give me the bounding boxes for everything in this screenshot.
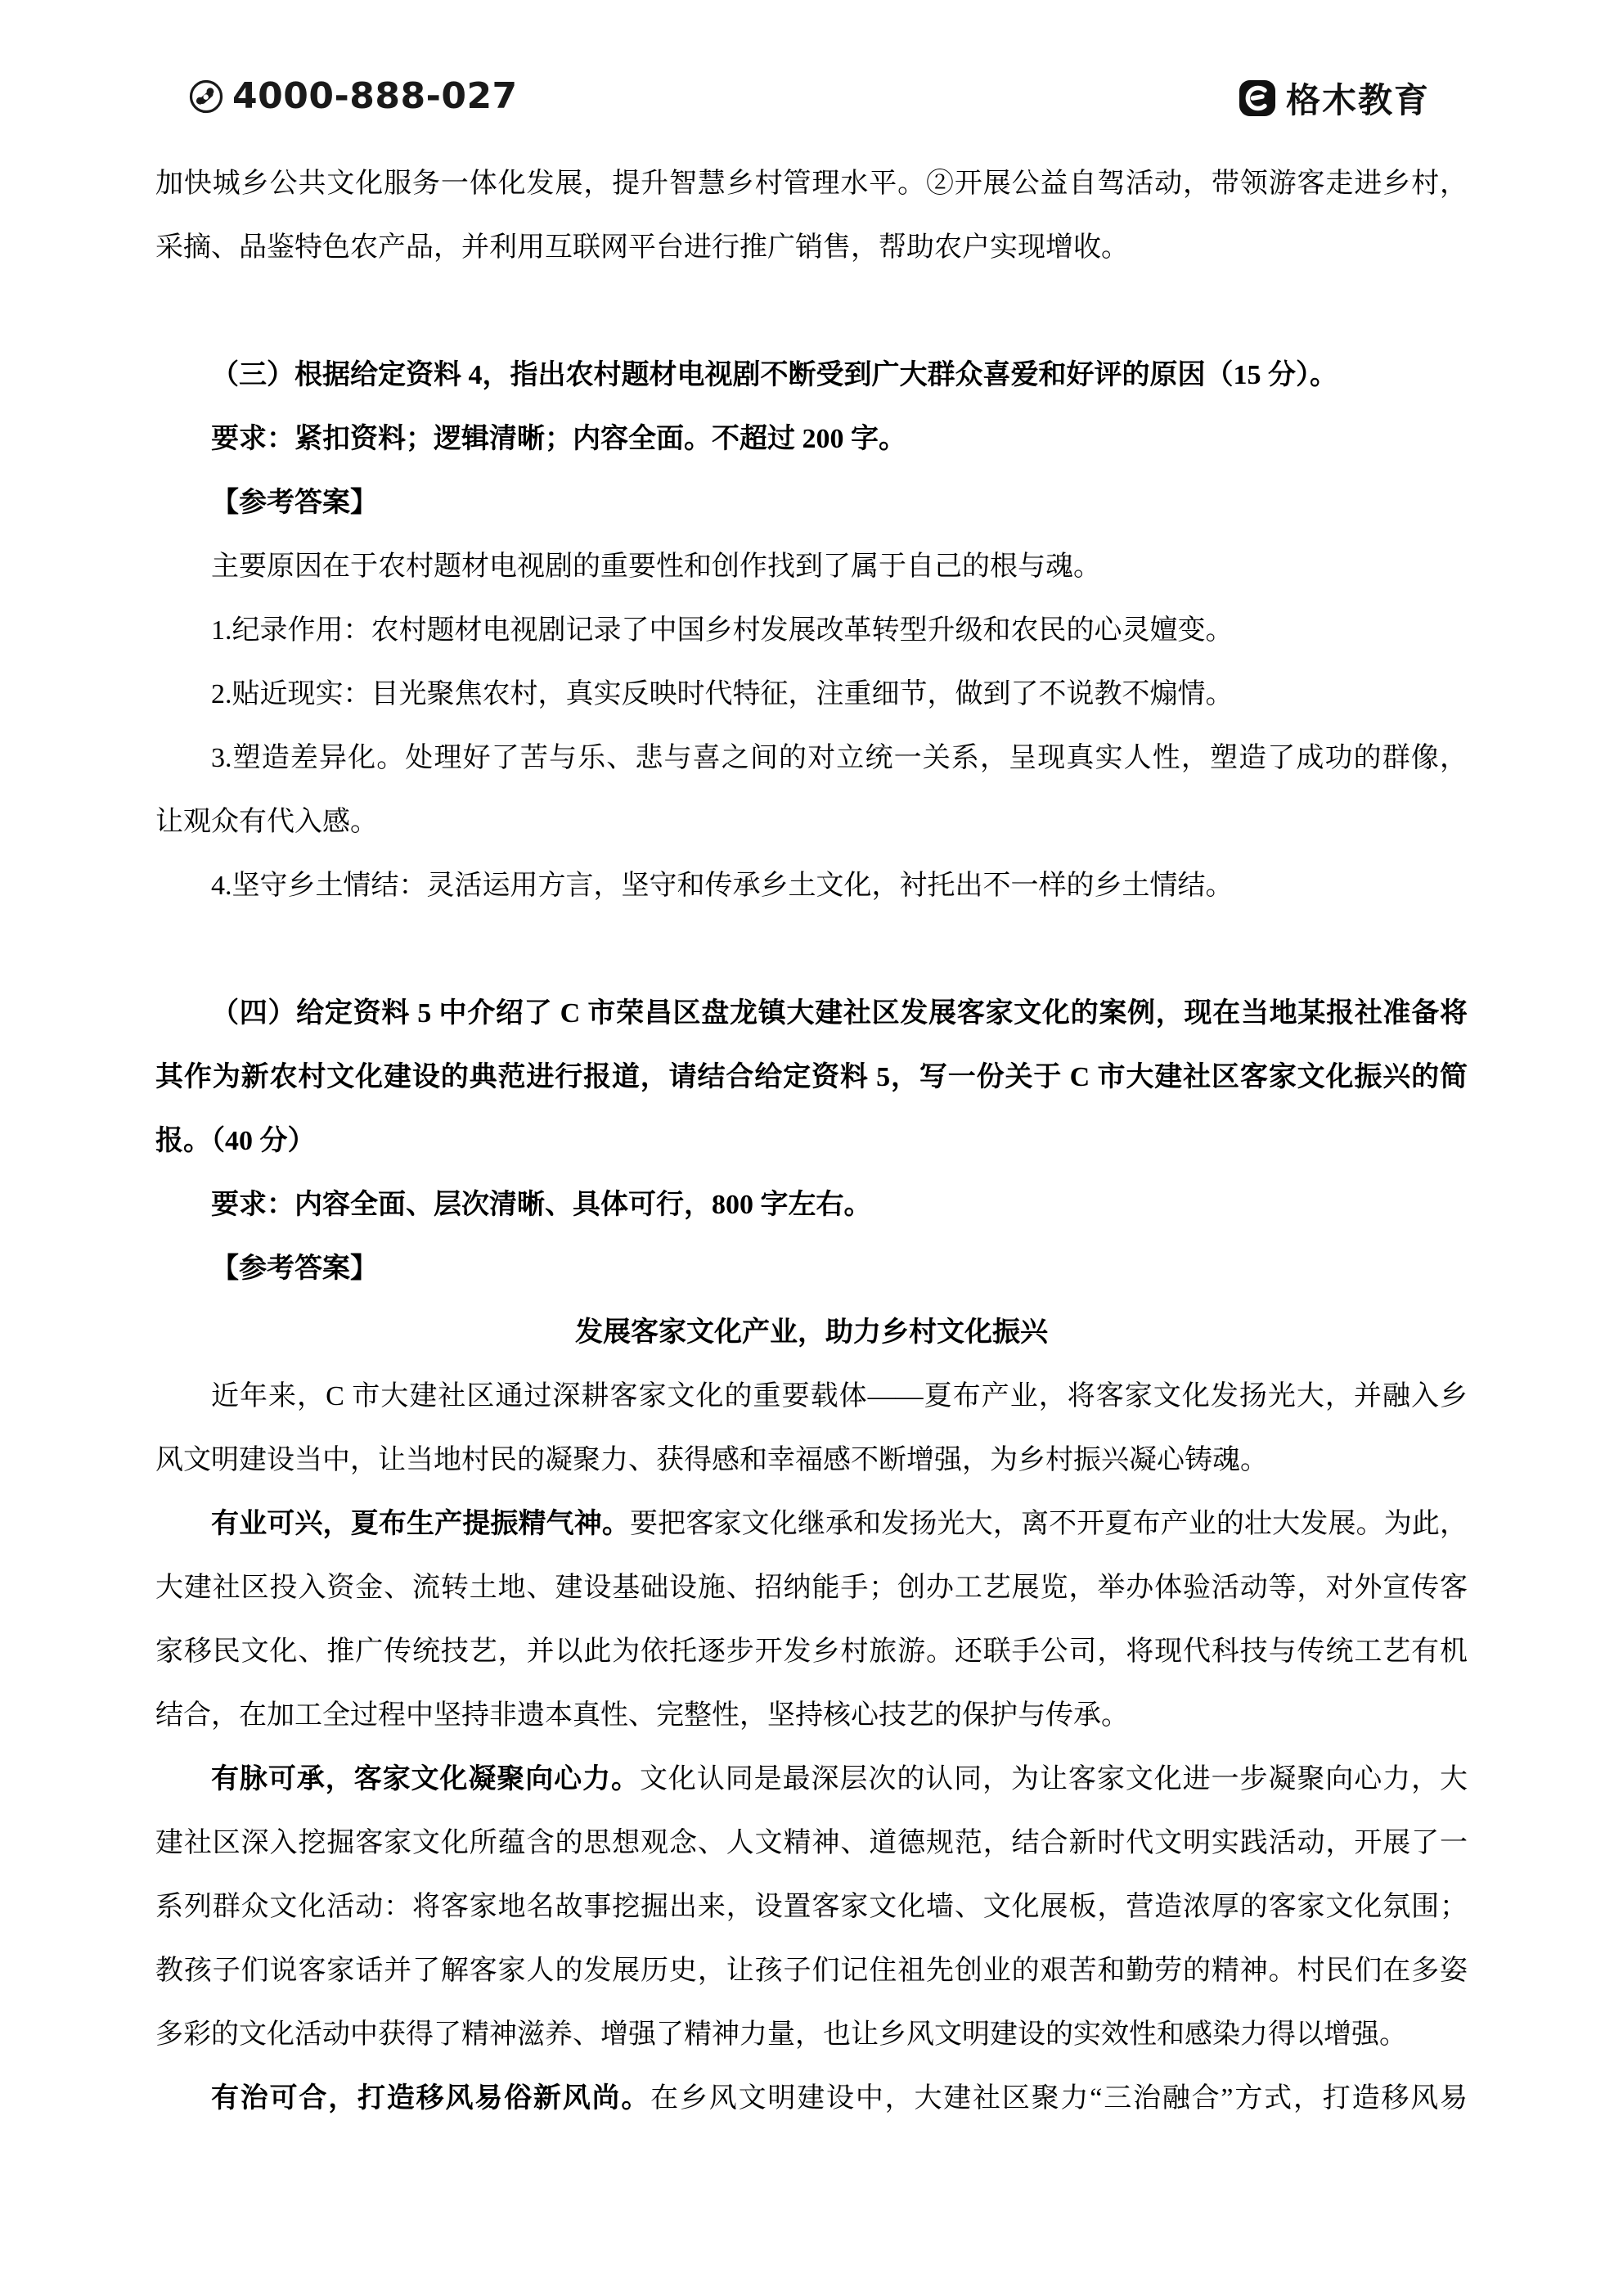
doc-line: 系列群众文化活动：将客家地名故事挖掘出来，设置客家文化墙、文化展板，营造浓厚的客… [155, 1875, 1468, 1939]
doc-line: 其作为新农村文化建设的典范进行报道，请结合给定资料 5，写一份关于 C 市大建社… [155, 1046, 1468, 1110]
doc-line: 主要原因在于农村题材电视剧的重要性和创作找到了属于自己的根与魂。 [155, 535, 1468, 599]
phone-icon [188, 79, 224, 115]
doc-line: 要求：内容全面、层次清晰、具体可行，800 字左右。 [155, 1173, 1468, 1237]
doc-line: （三）根据给定资料 4，指出农村题材电视剧不断受到广大群众喜爱和好评的原因（15… [155, 344, 1468, 407]
header-brand: 格木教育 [1239, 74, 1430, 123]
header-phone: 4000-888-027 [188, 75, 518, 117]
doc-line: 4.坚守乡土情结：灵活运用方言，坚守和传承乡土文化，衬托出不一样的乡土情结。 [155, 854, 1468, 918]
doc-line: 要求：紧扣资料；逻辑清晰；内容全面。不超过 200 字。 [155, 407, 1468, 471]
header-phone-number: 4000-888-027 [232, 75, 518, 117]
doc-line: 建社区深入挖掘客家文化所蕴含的思想观念、人文精神、道德规范，结合新时代文明实践活… [155, 1812, 1468, 1875]
doc-line: 报。（40 分） [155, 1110, 1468, 1173]
doc-line: 有脉可承，客家文化凝聚向心力。文化认同是最深层次的认同，为让客家文化进一步凝聚向… [155, 1748, 1468, 1812]
doc-line: 教孩子们说客家话并了解客家人的发展历史，让孩子们记住祖先创业的艰苦和勤劳的精神。… [155, 1939, 1468, 2003]
doc-line-lead: 有治可合，打造移风易俗新风尚。 [211, 2083, 650, 2114]
doc-line: 家移民文化、推广传统技艺，并以此为依托逐步开发乡村旅游。还联手公司，将现代科技与… [155, 1620, 1468, 1684]
doc-line: 采摘、品鉴特色农产品，并利用互联网平台进行推广销售，帮助农户实现增收。 [155, 216, 1468, 280]
doc-line: 让观众有代入感。 [155, 790, 1468, 854]
doc-line-lead: 有脉可承，客家文化凝聚向心力。 [211, 1764, 640, 1794]
doc-line: 2.贴近现实：目光聚焦农村，真实反映时代特征，注重细节，做到了不说教不煽情。 [155, 663, 1468, 727]
header-brand-name: 格木教育 [1286, 74, 1430, 123]
doc-line: 【参考答案】 [155, 471, 1468, 535]
doc-line-rest: 在乡风文明建设中，大建社区聚力“三治融合”方式，打造移风易 [650, 2083, 1468, 2114]
doc-line-rest: 要把客家文化继承和发扬光大，离不开夏布产业的壮大发展。为此， [630, 1509, 1468, 1539]
doc-line: 3.塑造差异化。处理好了苦与乐、悲与喜之间的对立统一关系，呈现真实人性，塑造了成… [155, 727, 1468, 790]
doc-line: 有业可兴，夏布生产提振精气神。要把客家文化继承和发扬光大，离不开夏布产业的壮大发… [155, 1492, 1468, 1556]
doc-line: 风文明建设当中，让当地村民的凝聚力、获得感和幸福感不断增强，为乡村振兴凝心铸魂。 [155, 1429, 1468, 1492]
blank-line [155, 280, 1468, 344]
doc-line: 多彩的文化活动中获得了精神滋养、增强了精神力量，也让乡风文明建设的实效性和感染力… [155, 2003, 1468, 2067]
blank-line [155, 918, 1468, 982]
doc-line: 【参考答案】 [155, 1237, 1468, 1301]
document-page: 4000-888-027 格木教育 加快城乡公共文化服务一体化发展，提升智慧乡村… [0, 0, 1623, 2296]
doc-line: 1.纪录作用：农村题材电视剧记录了中国乡村发展改革转型升级和农民的心灵嬗变。 [155, 599, 1468, 663]
doc-line: （四）给定资料 5 中介绍了 C 市荣昌区盘龙镇大建社区发展客家文化的案例，现在… [155, 982, 1468, 1046]
doc-line: 近年来，C 市大建社区通过深耕客家文化的重要载体——夏布产业，将客家文化发扬光大… [155, 1365, 1468, 1429]
doc-line: 结合，在加工全过程中坚持非遗本真性、完整性，坚持核心技艺的保护与传承。 [155, 1684, 1468, 1748]
doc-line-rest: 文化认同是最深层次的认同，为让客家文化进一步凝聚向心力，大 [640, 1764, 1468, 1794]
doc-line: 有治可合，打造移风易俗新风尚。在乡风文明建设中，大建社区聚力“三治融合”方式，打… [155, 2067, 1468, 2131]
doc-line: 大建社区投入资金、流转土地、建设基础设施、招纳能手；创办工艺展览，举办体验活动等… [155, 1556, 1468, 1620]
gemu-logo-icon [1239, 79, 1276, 117]
doc-line-lead: 有业可兴，夏布生产提振精气神。 [211, 1509, 630, 1539]
doc-line: 加快城乡公共文化服务一体化发展，提升智慧乡村管理水平。②开展公益自驾活动，带领游… [155, 152, 1468, 216]
doc-line: 发展客家文化产业，助力乡村文化振兴 [155, 1301, 1468, 1365]
document-content: 加快城乡公共文化服务一体化发展，提升智慧乡村管理水平。②开展公益自驾活动，带领游… [155, 152, 1468, 2131]
